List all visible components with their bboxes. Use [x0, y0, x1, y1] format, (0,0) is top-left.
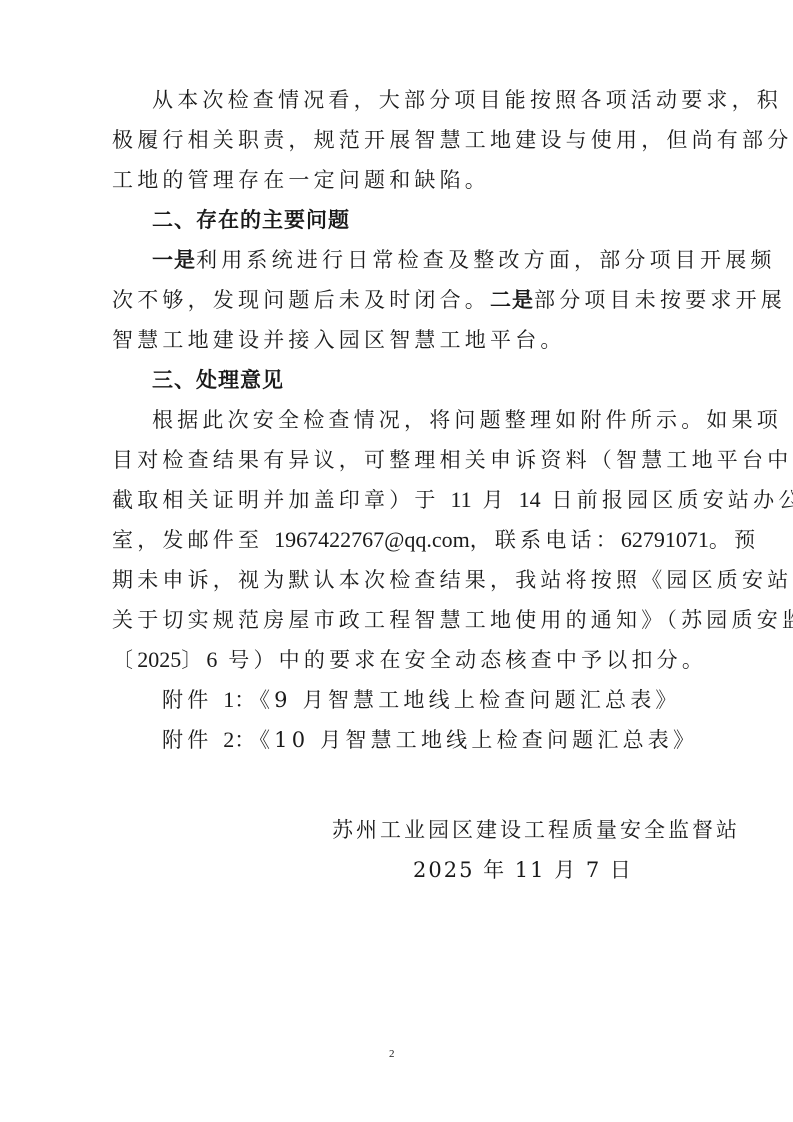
paragraph-1-line-2: 极履行相关职责，规范开展智慧工地建设与使用，但尚有部分 [112, 120, 692, 160]
attachment-number: 2 [223, 727, 234, 752]
section-2-line-2: 次不够，发现问题后未及时闭合。二是部分项目未按要求开展 [112, 280, 692, 320]
section-3-line-4: 室，发邮件至 1967422767@qq.com，联系电话：62791071。预 [112, 520, 692, 560]
text: 月 [472, 488, 519, 512]
text: 日前报园区质安站办公 [541, 488, 793, 512]
section-3-line-3: 截取相关证明并加盖印章）于 11 月 14 日前报园区质安站办公 [112, 480, 692, 520]
section-2-line-3: 智慧工地建设并接入园区智慧工地平台。 [112, 320, 692, 360]
signature-organization: 苏州工业园区建设工程质量安全监督站 [332, 810, 740, 850]
text: 截取相关证明并加盖印章）于 [112, 488, 450, 512]
doc-number: 6 [206, 647, 217, 672]
section-3-line-5: 期未申诉，视为默认本次检查结果，我站将按照《园区质安站 [112, 560, 692, 600]
text: ，联系电话： [470, 528, 621, 552]
attachment-2: 附件 2：《10 月智慧工地线上检查问题汇总表》 [162, 720, 742, 760]
month-number: 11 [450, 487, 471, 512]
bold-label-first: 一是 [152, 248, 196, 272]
attachment-title: ：《9 月智慧工地线上检查问题汇总表》 [234, 688, 680, 712]
section-3-heading: 三、处理意见 [152, 360, 732, 400]
bracket: 〕 [181, 648, 206, 672]
bold-label-second: 二是 [490, 288, 534, 312]
day-number: 14 [519, 487, 541, 512]
section-3-line-7: 〔2025〕6 号）中的要求在安全动态核查中予以扣分。 [112, 640, 692, 680]
attachment-title: ：《10 月智慧工地线上检查问题汇总表》 [234, 728, 698, 752]
paragraph-1-line-3: 工地的管理存在一定问题和缺陷。 [112, 160, 692, 200]
attachment-1: 附件 1：《9 月智慧工地线上检查问题汇总表》 [162, 680, 742, 720]
text: 。预 [709, 528, 759, 552]
text: 号）中的要求在安全动态核查中予以扣分。 [217, 648, 707, 672]
section-2-line-2-rest: 部分项目未按要求开展 [534, 288, 786, 312]
section-3-line-6: 关于切实规范房屋市政工程智慧工地使用的通知》（苏园质安监 [112, 600, 692, 640]
section-2-heading: 二、存在的主要问题 [152, 200, 732, 240]
section-2-line-2-pre: 次不够，发现问题后未及时闭合。 [112, 288, 490, 312]
section-2-line-1: 一是利用系统进行日常检查及整改方面，部分项目开展频 [152, 240, 732, 280]
phone-number: 62791071 [621, 527, 709, 552]
attachment-label: 附件 [162, 728, 223, 752]
paragraph-1-line-1: 从本次检查情况看，大部分项目能按照各项活动要求，积 [152, 80, 732, 120]
signature-date: 2025 年 11 月 7 日 [413, 850, 633, 890]
attachment-label: 附件 [162, 688, 223, 712]
text: 室，发邮件至 [112, 528, 274, 552]
document-page: 从本次检查情况看，大部分项目能按照各项活动要求，积 极履行相关职责，规范开展智慧… [0, 0, 793, 1122]
email-address: 1967422767@qq.com [274, 527, 470, 552]
bracket: 〔 [112, 648, 137, 672]
attachment-number: 1 [223, 687, 234, 712]
section-3-line-1: 根据此次安全检查情况，将问题整理如附件所示。如果项 [152, 400, 732, 440]
section-3-line-2: 目对检查结果有异议，可整理相关申诉资料（智慧工地平台中 [112, 440, 692, 480]
page-number: 2 [389, 1048, 395, 1060]
doc-year: 2025 [137, 647, 181, 672]
section-2-line-1-text: 利用系统进行日常检查及整改方面，部分项目开展频 [196, 248, 776, 272]
